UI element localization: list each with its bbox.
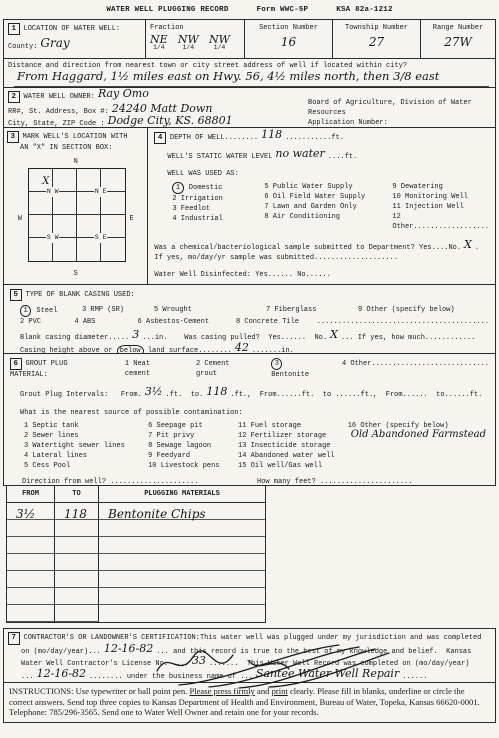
source-option: 9 Feedyard [148, 451, 238, 461]
static-water-level-suffix: ....ft. [328, 153, 357, 161]
range-number-cell: Range Number 27W [421, 20, 495, 58]
use-option: 9 Dewatering [392, 182, 489, 192]
compass-west-label: W [18, 214, 22, 224]
grout-option-neat-cement: 1 Neat cement [125, 359, 178, 379]
section-4-well-info: 4DEPTH OF WELL........118...........ft. … [148, 128, 495, 284]
well-location-x-mark: X [42, 177, 49, 187]
form-title: WATER WELL PLUGGING RECORD [106, 6, 228, 14]
use-col-1: 1 Domestic 2 Irrigation 3 Feedlot 4 Indu… [172, 182, 264, 232]
cert-business-name: Santee Water Well Repair [256, 667, 399, 680]
quarter-section-grid: N W N E S W S E X [28, 168, 126, 262]
owner-right: Board of Agriculture, Division of Water … [308, 90, 491, 125]
source-option: 14 Abandoned water well [238, 451, 348, 461]
source-option: 6 Seepage pit [148, 421, 238, 431]
distance-row: Distance and direction from nearest town… [3, 58, 496, 88]
plugging-table-area: FROM TO PLUGGING MATERIALS 3½ 118 Benton… [3, 485, 496, 629]
section-number-value: 16 [252, 37, 325, 47]
chem-sample-no-x: X [464, 238, 472, 251]
table-row [7, 605, 55, 622]
casing-pulled-no-x: X [330, 328, 338, 341]
source-option: 15 Oil well/Gas well [238, 461, 348, 471]
section-3-number: 3 [7, 131, 19, 143]
section-1-number: 1 [8, 23, 20, 35]
fraction-2: NW1/4 [178, 33, 199, 53]
casing-steel-circled-number: 1 [20, 305, 31, 317]
casing-option: 5 Wrought [154, 305, 266, 317]
township-number-cell: Township Number 27 [333, 20, 421, 58]
source-option: 3 Watertight sewer lines [24, 441, 148, 451]
table-header-to: TO [55, 486, 99, 503]
chem-sample-date-line: If yes, mo/day/yr sample was submitted..… [154, 253, 489, 263]
table-header-from: FROM [7, 486, 55, 503]
use-option: 8 Air Conditioning [264, 212, 392, 222]
section-7-certification: 7CONTRACTOR'S OR LANDOWNER'S CERTIFICATI… [3, 628, 496, 683]
use-option: 4 Industrial [172, 214, 264, 224]
grid-sw-label: S W [46, 233, 60, 243]
section-3-title-line2: AN "X" IN SECTION BOX: [20, 143, 144, 153]
source-col-1: 1 Septic tank 2 Sewer lines 3 Watertight… [24, 421, 148, 471]
use-option: 5 Public Water Supply [264, 182, 392, 192]
owner-addr-label: RR#, St. Address, Box #: [8, 108, 109, 116]
source-option: 10 Livestock pens [148, 461, 238, 471]
source-col-3: 11 Fuel storage 12 Fertilizer storage 13… [238, 421, 348, 471]
source-option: 8 Sewage lagoon [148, 441, 238, 451]
water-well-plugging-record-form: WATER WELL PLUGGING RECORD Form WWC-5P K… [0, 0, 499, 738]
grout-interval-from: 3½ [145, 385, 163, 398]
section-6-number: 6 [10, 358, 22, 370]
section-number-label: Section Number [249, 23, 328, 33]
disinfected-line: Water Well Disinfected: Yes...... No....… [154, 270, 489, 280]
source-option: 13 Insecticide storage [238, 441, 348, 451]
compass-north-label: N [74, 157, 78, 167]
county-value: Gray [40, 36, 69, 50]
table-row [7, 588, 55, 605]
source-option: 12 Fertilizer storage [238, 431, 348, 441]
chem-sample-question: Was a chemical/bacteriological sample su… [154, 244, 461, 252]
source-option: 7 Pit privy [148, 431, 238, 441]
instructions-text: INSTRUCTIONS: Use typewriter or ball poi… [9, 686, 480, 717]
static-water-level-label: WELL'S STATIC WATER LEVEL [167, 153, 272, 161]
use-option: 3 Feedlot [172, 204, 264, 214]
casing-other-blank: ........................................… [317, 317, 489, 327]
casing-option: 4 ABS [74, 317, 137, 327]
section-1-location: 1LOCATION OF WATER WELL: County:Gray Fra… [3, 19, 496, 59]
plugging-table: FROM TO PLUGGING MATERIALS 3½ 118 Benton… [6, 486, 266, 623]
source-col-2: 6 Seepage pit 7 Pit privy 8 Sewage lagoo… [148, 421, 238, 471]
casing-pulled-suffix: ... If yes, how much............ [341, 334, 475, 342]
depth-value: 118 [261, 128, 282, 141]
contamination-sources: 1 Septic tank 2 Sewer lines 3 Watertight… [24, 421, 489, 471]
fraction-3-value: NW [209, 35, 230, 45]
table-row-from: 3½ [7, 503, 55, 520]
casing-row-2: 2 PVC 4 ABS 6 Asbestos-Cement 8 Concrete… [20, 317, 489, 327]
grid-ne-label: N E [94, 187, 108, 197]
use-col-2: 5 Public Water Supply 6 Oil Field Water … [264, 182, 392, 232]
section-4-number: 4 [154, 132, 166, 144]
grout-intervals-label: Grout Plug Intervals: [20, 391, 108, 399]
casing-option: 3 RMP (SR) [82, 305, 154, 317]
section-5-number: 5 [10, 289, 22, 301]
owner-left: 2WATER WELL OWNER:Ray Omo RR#, St. Addre… [8, 90, 308, 125]
section-2-owner: 2WATER WELL OWNER:Ray Omo RR#, St. Addre… [3, 87, 496, 128]
instructions-box: INSTRUCTIONS: Use typewriter or ball poi… [3, 682, 496, 723]
use-option: 7 Lawn and Garden Only [264, 202, 392, 212]
table-row-materials: Bentonite Chips [99, 503, 265, 520]
grout-option-cement-grout: 2 Cement grout [196, 359, 253, 379]
sections-3-4: 3MARK WELL'S LOCATION WITH AN "X" IN SEC… [3, 127, 496, 285]
township-number-value: 27 [340, 37, 413, 47]
section-7-number: 7 [8, 632, 20, 645]
distance-value: From Haggard, 1½ miles east on Hwy. 56, … [17, 69, 439, 83]
table-row [7, 520, 55, 537]
static-water-level-value: no water [275, 147, 324, 160]
section-box-grid: N S W E N W N E S W S E X [18, 157, 134, 277]
owner-label: WATER WELL OWNER: [24, 93, 95, 101]
use-option: 11 Injection Well [392, 202, 489, 212]
range-number-value: 27W [428, 37, 488, 47]
grout-interval-to: 118 [206, 385, 227, 398]
section-6-grout: 6GROUT PLUG MATERIAL: 1 Neat cement 2 Ce… [3, 353, 496, 486]
casing-option: 8 Concrete Tile [236, 317, 317, 327]
source-option: 4 Lateral lines [24, 451, 148, 461]
source-option: 5 Cess Pool [24, 461, 148, 471]
source-option: 1 Septic tank [24, 421, 148, 431]
fraction-label: Fraction [150, 23, 240, 33]
casing-option: 7 Fiberglass [266, 305, 358, 317]
use-option: 10 Monitoring Well [392, 192, 489, 202]
fraction-1: NE1/4 [150, 33, 168, 53]
section-3-mark-location: 3MARK WELL'S LOCATION WITH AN "X" IN SEC… [4, 128, 148, 284]
use-option: 6 Oil Field Water Supply [264, 192, 392, 202]
grout-bentonite-circled-number: 3 [271, 358, 282, 370]
form-header: WATER WELL PLUGGING RECORD Form WWC-5P K… [0, 0, 499, 20]
cert-record-date: 12-16-82 [37, 667, 86, 680]
board-of-agriculture-label: Board of Agriculture, Division of Water … [308, 98, 491, 118]
casing-option: 6 Asbestos-Cement [138, 317, 236, 327]
use-option: 2 Irrigation [172, 194, 264, 204]
used-as-label: WELL WAS USED AS: [167, 169, 489, 179]
casing-row-1: 1 Steel 3 RMP (SR) 5 Wrought 7 Fiberglas… [20, 305, 489, 317]
casing-diameter-value: 3 [132, 328, 139, 341]
section-1-title: LOCATION OF WATER WELL: [24, 25, 121, 33]
section-5-casing: 5TYPE OF BLANK CASING USED: 1 Steel 3 RM… [3, 284, 496, 354]
fraction-3: NW1/4 [209, 33, 230, 53]
depth-label: DEPTH OF WELL........ [170, 134, 258, 142]
use-option: 12 Other.................. [392, 212, 489, 232]
casing-option: 9 Other (specify below) [358, 305, 489, 317]
source-col-4: 16 Other (specify below) Old Abandoned F… [348, 421, 489, 471]
casing-diameter-label: Blank casing diameter..... [20, 334, 129, 342]
section-3-title-line1: MARK WELL'S LOCATION WITH [23, 133, 128, 141]
cert-license-number: 33 [192, 654, 206, 667]
table-row [7, 571, 55, 588]
section-2-number: 2 [8, 91, 20, 103]
form-statute: KSA 82a-1212 [336, 6, 392, 14]
form-number: Form WWC-5P [257, 6, 309, 14]
table-row [7, 537, 55, 554]
table-row [7, 554, 55, 571]
grout-option-other: 4 Other............................ [342, 359, 489, 369]
fraction-cell: Fraction NE1/4 NW1/4 NW1/4 [146, 20, 245, 58]
depth-suffix: ...........ft. [285, 134, 344, 142]
grid-se-label: S E [94, 233, 108, 243]
county-label: County: [8, 43, 37, 51]
use-col-3: 9 Dewatering 10 Monitoring Well 11 Injec… [392, 182, 489, 232]
distance-line: From Haggard, 1½ miles east on Hwy. 56, … [14, 72, 489, 87]
compass-south-label: S [74, 269, 78, 279]
township-number-label: Township Number [337, 23, 416, 33]
contamination-question: What is the nearest source of possible c… [20, 408, 489, 418]
grid-nw-label: N W [46, 187, 60, 197]
location-cell: 1LOCATION OF WATER WELL: County:Gray [4, 20, 146, 58]
compass-east-label: E [129, 214, 133, 224]
cert-completed-date: 12-16-82 [104, 642, 153, 655]
grout-option-bentonite: 3 Bentonite [271, 358, 324, 380]
fraction-1-value: NE [150, 35, 168, 45]
use-option-domestic: 1 Domestic [172, 182, 264, 194]
table-row-to: 118 [55, 503, 99, 520]
source-option: 2 Sewer lines [24, 431, 148, 441]
section-5-title: TYPE OF BLANK CASING USED: [26, 291, 135, 299]
use-domestic-circled-number: 1 [172, 182, 183, 194]
source-option: 11 Fuel storage [238, 421, 348, 431]
casing-option: 2 PVC [20, 317, 74, 327]
table-header-materials: PLUGGING MATERIALS [99, 486, 265, 503]
fraction-2-value: NW [178, 35, 199, 45]
range-number-label: Range Number [425, 23, 491, 33]
cert-line-1: CONTRACTOR'S OR LANDOWNER'S CERTIFICATIO… [24, 634, 482, 642]
casing-option-steel: 1 Steel [20, 305, 82, 317]
well-use-options: 1 Domestic 2 Irrigation 3 Feedlot 4 Indu… [172, 182, 489, 232]
owner-name: Ray Omo [98, 87, 149, 100]
section-number-cell: Section Number 16 [245, 20, 333, 58]
owner-city-value: Dodge City, KS. 68801 [108, 114, 233, 127]
source-other-value: Old Abandoned Farmstead [351, 430, 486, 440]
